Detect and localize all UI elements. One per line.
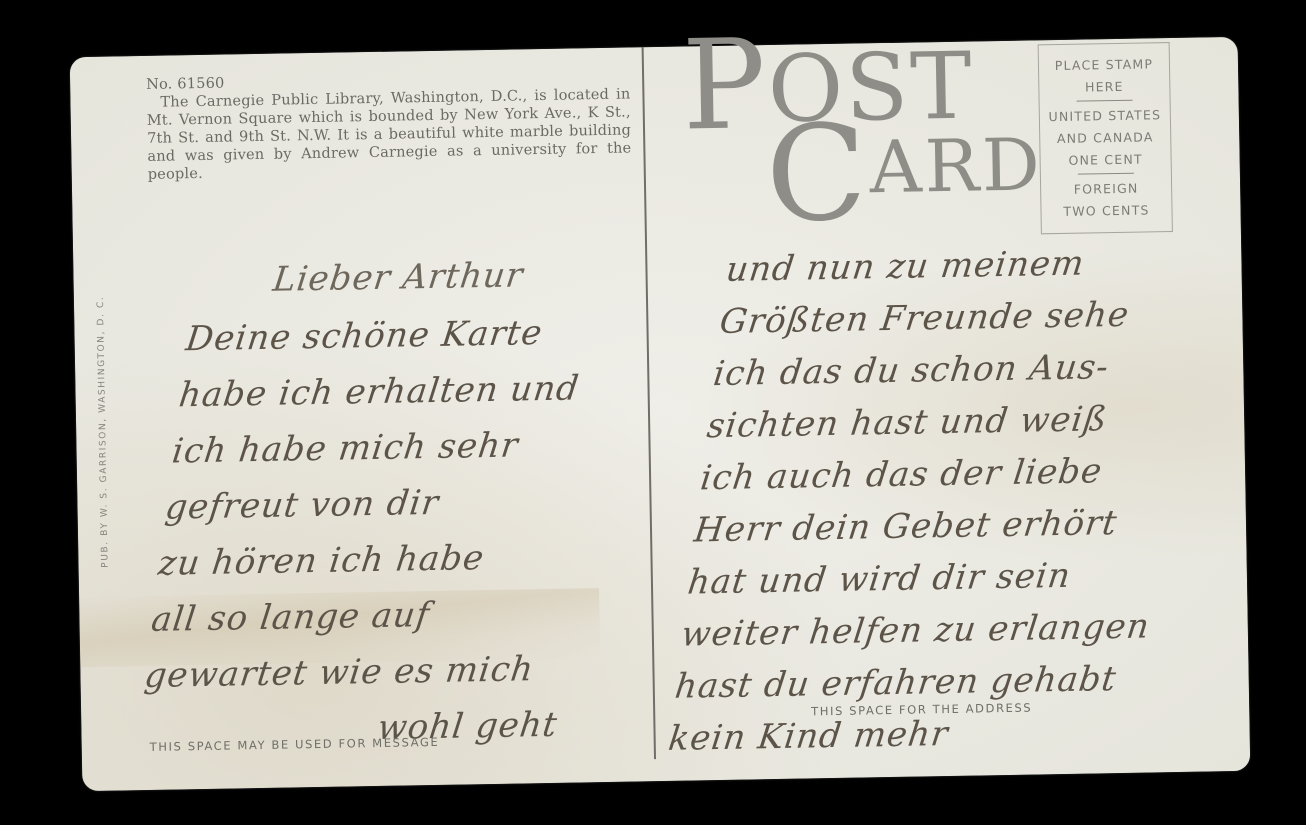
handwritten-message-left: Lieber Arthur Deine schöne Karte habe ic… bbox=[134, 246, 616, 760]
stamp-line-canada: AND CANADA bbox=[1040, 126, 1170, 150]
postcard-back: No. 61560 The Carnegie Public Library, W… bbox=[70, 37, 1251, 791]
stamp-line-one-cent: ONE CENT bbox=[1040, 148, 1170, 172]
caption-text: No. 61560 The Carnegie Public Library, W… bbox=[146, 67, 632, 183]
center-divider-line bbox=[642, 47, 656, 759]
title-card-rest: ARD bbox=[869, 122, 1043, 209]
handwriting-line: sichten hast und weiß bbox=[704, 392, 1178, 452]
stamp-rule bbox=[1077, 100, 1133, 102]
stamp-line-foreign: FOREIGN bbox=[1041, 177, 1171, 201]
caption-body: The Carnegie Public Library, Washington,… bbox=[146, 85, 631, 183]
stamp-line-us: UNITED STATES bbox=[1040, 104, 1170, 128]
title-card-initial: C bbox=[765, 96, 872, 252]
handwriting-line: gefreut von dir bbox=[162, 472, 588, 535]
handwriting-line: hat und wird dir sein bbox=[685, 548, 1159, 608]
handwriting-line: gewartet wie es mich bbox=[141, 641, 567, 704]
handwriting-line: weiter helfen zu erlangen bbox=[678, 600, 1152, 660]
publisher-imprint: PUB. BY W. S. GARRISON, WASHINGTON, D. C… bbox=[95, 247, 115, 617]
stamp-line-two-cents: TWO CENTS bbox=[1041, 199, 1171, 223]
handwriting-line: ich habe mich sehr bbox=[169, 416, 595, 479]
stamp-line-place: PLACE STAMP bbox=[1039, 53, 1169, 77]
handwriting-line: Herr dein Gebet erhört bbox=[691, 496, 1165, 556]
handwriting-line: Deine schöne Karte bbox=[183, 304, 609, 367]
stamp-box: PLACE STAMP HERE UNITED STATES AND CANAD… bbox=[1038, 42, 1173, 234]
handwriting-line: zu hören ich habe bbox=[155, 528, 581, 591]
title-card: CARD bbox=[765, 124, 1043, 215]
handwritten-message-right: und nun zu meinem Größten Freunde sehe i… bbox=[666, 236, 1198, 765]
handwriting-line: ich auch das der liebe bbox=[698, 444, 1172, 504]
stamp-rule bbox=[1078, 173, 1134, 175]
handwriting-line: und nun zu meinem bbox=[723, 236, 1197, 296]
handwriting-line: Größten Freunde sehe bbox=[717, 288, 1191, 348]
title-post-initial: P bbox=[681, 13, 769, 158]
handwriting-line: all so lange auf bbox=[148, 585, 574, 648]
greeting-line: Lieber Arthur bbox=[190, 246, 616, 309]
handwriting-line: habe ich erhalten und bbox=[176, 360, 602, 423]
handwriting-line: ich das du schon Aus- bbox=[710, 340, 1184, 400]
post-card-title: POST CARD bbox=[682, 40, 1035, 236]
stamp-line-here: HERE bbox=[1039, 75, 1169, 99]
